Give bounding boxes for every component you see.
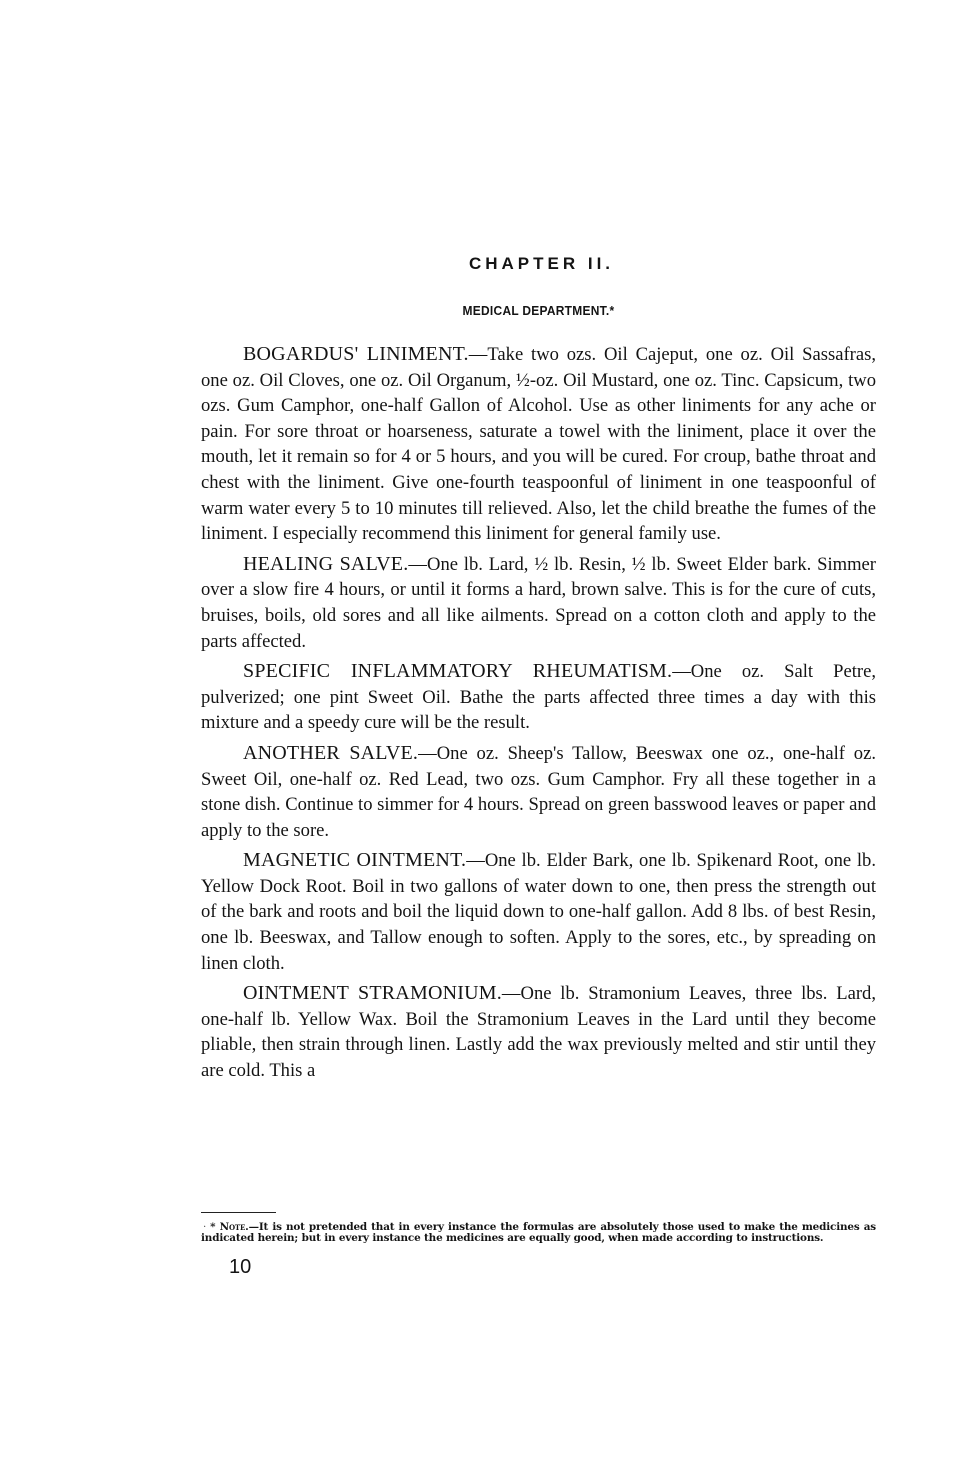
footnote: ·* Note.—It is not pretended that in eve… <box>201 1222 876 1243</box>
body-text: BOGARDUS' LINIMENT.—Take two ozs. Oil Ca… <box>201 342 876 1084</box>
recipe-heading: BOGARDUS' LINIMENT. <box>243 343 469 365</box>
recipe-heading: ANOTHER SALVE. <box>243 742 418 764</box>
section-title: MEDICAL DEPARTMENT.* <box>228 303 849 318</box>
footnote-divider <box>201 1212 276 1213</box>
recipe-body: —Take two ozs. Oil Cajeput, one oz. Oil … <box>201 344 876 544</box>
footnote-text: —It is not pretended that in every insta… <box>201 1221 876 1244</box>
recipe-heading: HEALING SALVE. <box>243 553 408 575</box>
recipe-heading: OINTMENT STRAMONIUM. <box>243 982 502 1004</box>
recipe-inflammatory-rheumatism: SPECIFIC INFLAMMATORY RHEUMATISM.—One oz… <box>201 659 876 736</box>
page-number: 10 <box>229 1256 251 1279</box>
recipe-ointment-stramonium: OINTMENT STRAMONIUM.—One lb. Stramonium … <box>201 981 876 1083</box>
chapter-title: CHAPTER II. <box>201 254 876 274</box>
recipe-bogardus-liniment: BOGARDUS' LINIMENT.—Take two ozs. Oil Ca… <box>201 342 876 547</box>
recipe-healing-salve: HEALING SALVE.—One lb. Lard, ½ lb. Resin… <box>201 552 876 654</box>
recipe-magnetic-ointment: MAGNETIC OINTMENT.—One lb. Elder Bark, o… <box>201 848 876 976</box>
recipe-another-salve: ANOTHER SALVE.—One oz. Sheep's Tallow, B… <box>201 741 876 843</box>
recipe-heading: MAGNETIC OINTMENT. <box>243 849 466 871</box>
recipe-heading: SPECIFIC INFLAMMATORY RHEUMATISM. <box>243 660 672 682</box>
